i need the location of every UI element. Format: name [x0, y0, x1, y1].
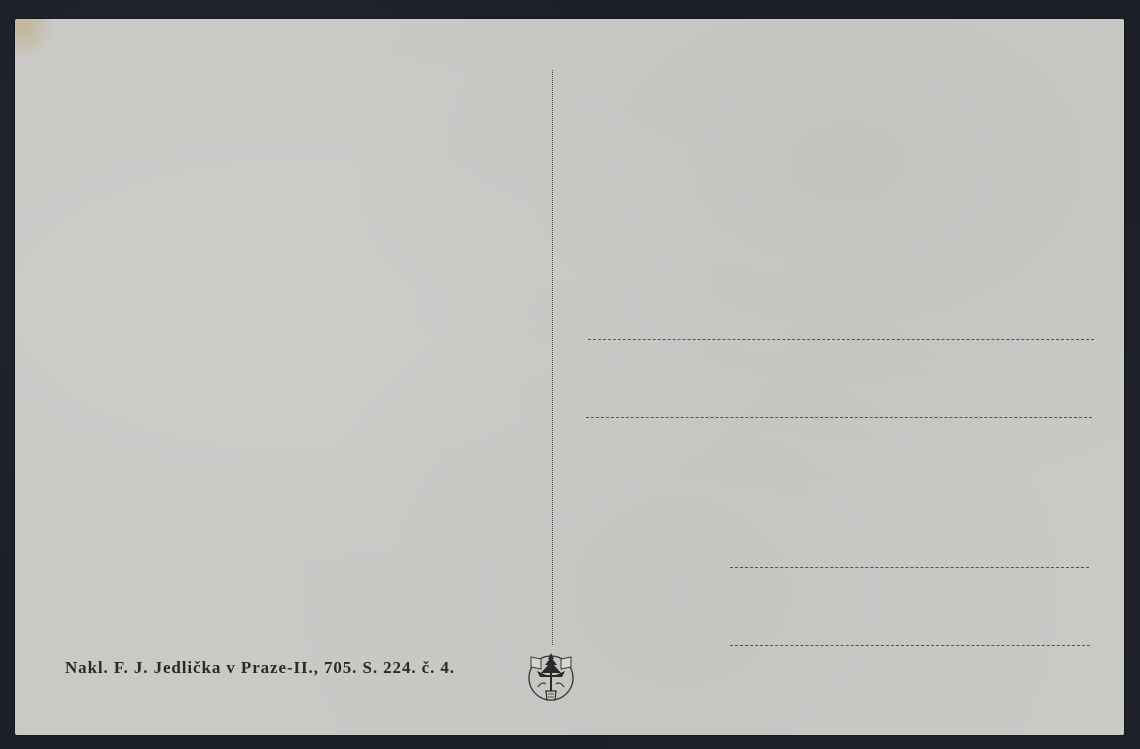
publisher-imprint: Nakl. F. J. Jedlička v Praze-II., 705. S…: [65, 658, 455, 678]
postcard-back: Nakl. F. J. Jedlička v Praze-II., 705. S…: [15, 19, 1124, 735]
message-address-divider: [552, 70, 553, 645]
publisher-tree-emblem-icon: [526, 651, 576, 703]
address-line-1: [588, 339, 1094, 340]
address-line-4: [730, 645, 1090, 646]
address-line-2: [586, 417, 1092, 418]
address-line-3: [730, 567, 1089, 568]
